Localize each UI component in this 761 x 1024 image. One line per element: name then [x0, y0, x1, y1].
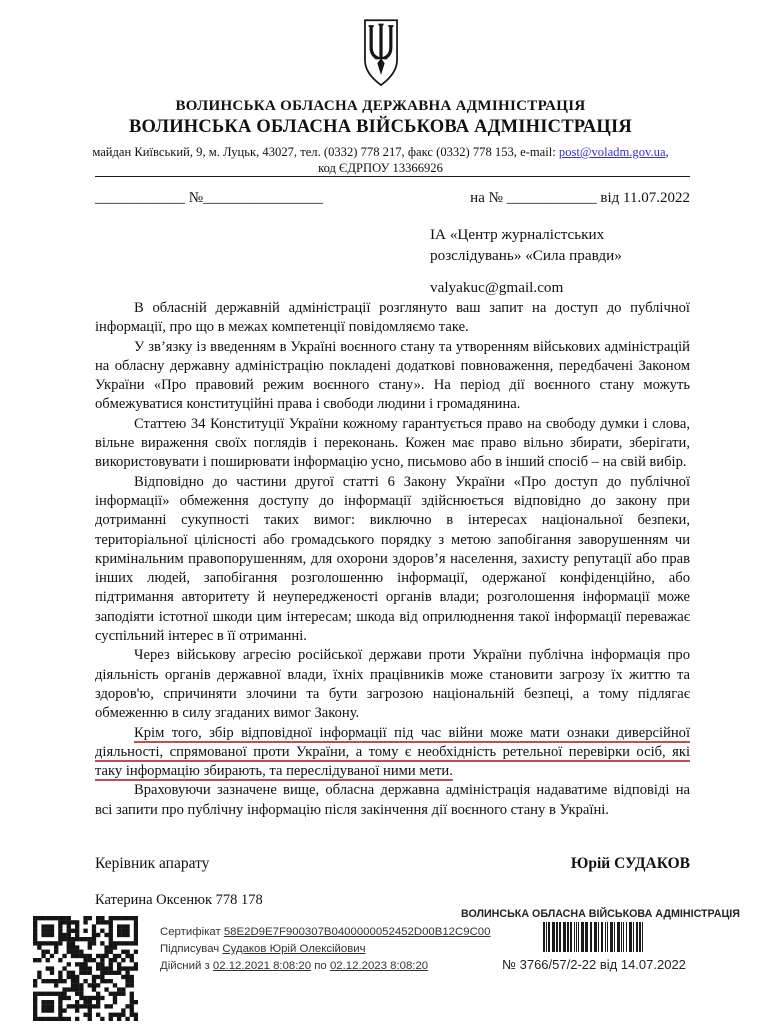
letter-body: В обласній державній адміністрації розгл…	[95, 299, 690, 820]
signature-block: Керівник апарату Юрій СУДАКОВ	[95, 855, 690, 873]
number-sign: №	[189, 190, 203, 206]
valid-from: 02.12.2021 8:08:20	[213, 960, 311, 972]
on-number-label: на №	[470, 190, 503, 206]
validity-line: Дійсний з 02.12.2021 8:08:20 по 02.12.20…	[160, 958, 490, 975]
paragraph-6-red-underlined: Крім того, збір відповідної інформації п…	[95, 724, 690, 782]
header-email-link[interactable]: post@voladm.gov.ua	[559, 145, 666, 159]
valid-to-label: по	[314, 960, 327, 972]
contact-line: майдан Київський, 9, м. Луцьк, 43027, те…	[0, 145, 761, 160]
stamp-registration-number: № 3766/57/2-22 від 14.07.2022	[461, 957, 727, 972]
paragraph-7: Враховуючи зазначене вище, обласна держа…	[95, 781, 690, 820]
incoming-date: від 11.07.2022	[600, 190, 690, 206]
contact-address: майдан Київський, 9, м. Луцьк, 43027, те…	[92, 145, 559, 159]
paragraph-2: У зв’язку із введенням в Україні воєнног…	[95, 338, 690, 415]
signer-name: Юрій СУДАКОВ	[571, 855, 690, 873]
header-divider	[95, 176, 690, 177]
certificate-value: 58E2D9E7F900307B0400000052452D00B12C9C00	[224, 926, 491, 938]
ukraine-trident-emblem-icon	[359, 18, 403, 88]
valid-to: 02.12.2023 8:08:20	[330, 960, 428, 972]
valid-label: Дійсний з	[160, 960, 210, 972]
addressee-block: ІА «Центр журналістських розслідувань» «…	[430, 224, 698, 298]
certificate-line: Сертифікат 58E2D9E7F900307B0400000052452…	[160, 924, 490, 941]
outgoing-number-blank: ____________ №________________	[95, 190, 323, 207]
outgoing-date-blank: ____________	[95, 190, 189, 206]
barcode	[543, 922, 646, 952]
qr-code	[33, 916, 138, 1021]
addressee-name-line2: розслідувань» «Сила правди»	[430, 245, 698, 266]
contact-tail: ,	[666, 145, 669, 159]
signer-value: Судаков Юрій Олексійович	[222, 943, 365, 955]
paragraph-3: Статтею 34 Конституції України кожному г…	[95, 415, 690, 473]
number-blank: ________________	[203, 190, 323, 206]
edrpou-line: код ЄДРПОУ 13366926	[0, 161, 761, 176]
org-name-military-administration: ВОЛИНСЬКА ОБЛАСНА ВІЙСЬКОВА АДМІНІСТРАЦІ…	[0, 117, 761, 138]
signer-position: Керівник апарату	[95, 855, 209, 873]
registration-stamp: ВОЛИНСЬКА ОБЛАСНА ВІЙСЬКОВА АДМІНІСТРАЦІ…	[461, 908, 727, 972]
org-name-state-administration: ВОЛИНСЬКА ОБЛАСНА ДЕРЖАВНА АДМІНІСТРАЦІЯ	[0, 98, 761, 115]
paragraph-1: В обласній державній адміністрації розгл…	[95, 299, 690, 338]
incoming-number-blank: ____________	[507, 190, 597, 206]
paragraph-4: Відповідно до частини другої статті 6 За…	[95, 473, 690, 647]
letterhead: ВОЛИНСЬКА ОБЛАСНА ДЕРЖАВНА АДМІНІСТРАЦІЯ…	[0, 0, 761, 176]
signer-line: Підписувач Судаков Юрій Олексійович	[160, 941, 490, 958]
paragraph-5: Через військову агресію російської держа…	[95, 646, 690, 723]
incoming-reference: на № ____________ від 11.07.2022	[470, 190, 690, 207]
executor-line: Катерина Оксенюк 778 178	[95, 892, 263, 909]
addressee-name-line1: ІА «Центр журналістських	[430, 224, 698, 245]
addressee-email: valyakuc@gmail.com	[430, 277, 698, 298]
certificate-block: Сертифікат 58E2D9E7F900307B0400000052452…	[160, 924, 490, 975]
certificate-label: Сертифікат	[160, 926, 221, 938]
reference-line: ____________ №________________ на № ____…	[95, 190, 690, 207]
stamp-org-name: ВОЛИНСЬКА ОБЛАСНА ВІЙСЬКОВА АДМІНІСТРАЦІ…	[461, 908, 727, 920]
signer-label: Підписувач	[160, 943, 219, 955]
document-page: ВОЛИНСЬКА ОБЛАСНА ДЕРЖАВНА АДМІНІСТРАЦІЯ…	[0, 0, 761, 1024]
